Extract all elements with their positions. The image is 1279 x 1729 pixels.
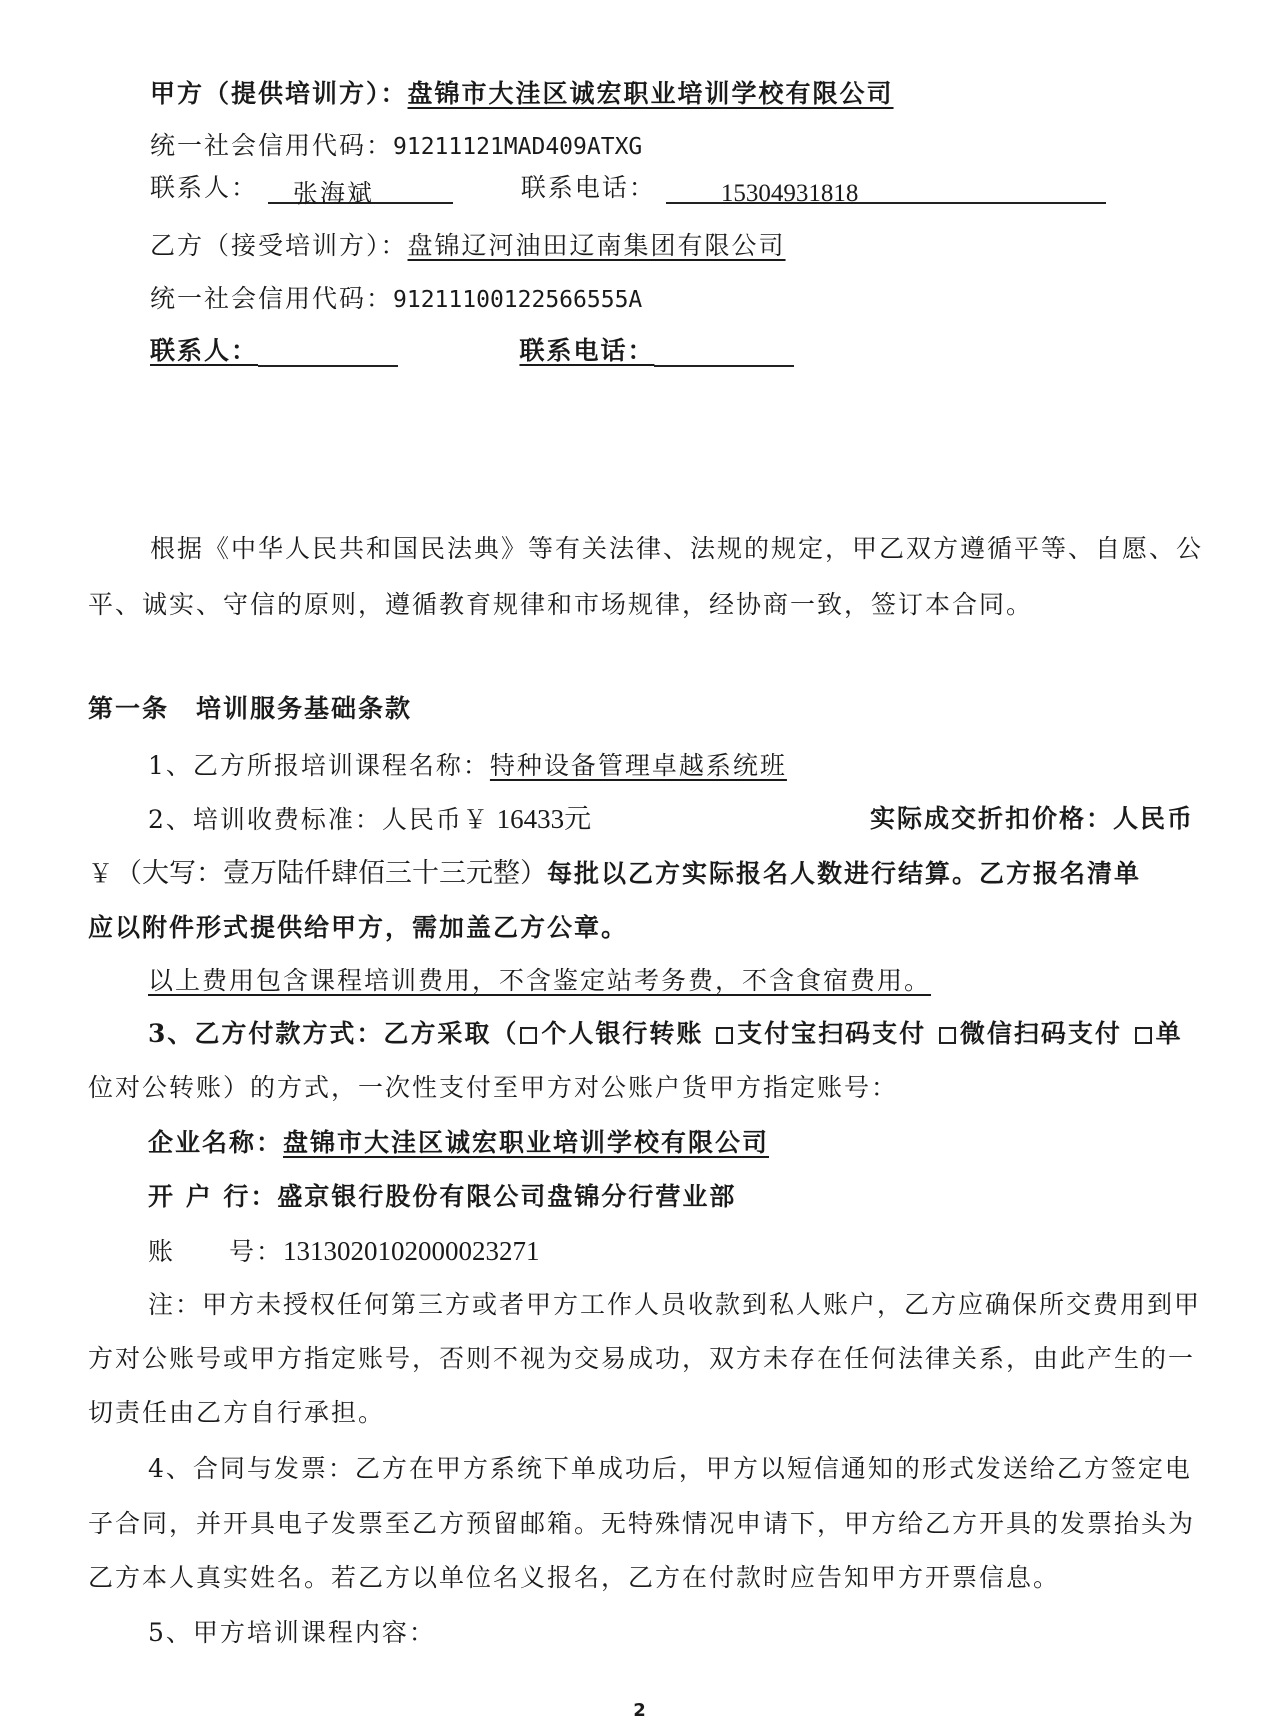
item-1-label: 1、乙方所报培训课程名称： xyxy=(148,751,490,780)
party-b-phone-label: 联系电话： xyxy=(519,336,654,365)
item-3-prefix: 3、乙方付款方式：乙方采取（ xyxy=(148,1019,518,1048)
checkbox-alipay[interactable] xyxy=(716,1027,733,1044)
item-4-line-2: 子合同，并开具电子发票至乙方预留邮箱。无特殊情况申请下，甲方给乙方开具的发票抬头… xyxy=(88,1508,1195,1540)
bank-label: 开 户 行： xyxy=(148,1182,277,1211)
account-row: 账 号：1313020102000023271 xyxy=(148,1235,540,1268)
party-a-credit-label: 统一社会信用代码： xyxy=(150,131,393,160)
party-b-contact-field xyxy=(258,339,398,367)
party-b-contact-row: 联系人： 联系电话： xyxy=(150,335,794,367)
party-a-phone-field: 15304931818 xyxy=(666,178,1106,204)
bank-value: 盛京银行股份有限公司盘锦分行营业部 xyxy=(277,1182,736,1211)
party-a-name: 盘锦市大洼区诚宏职业培训学校有限公司 xyxy=(408,79,894,108)
account-value: 1313020102000023271 xyxy=(283,1236,540,1266)
party-b-label: 乙方（接受培训方）： xyxy=(150,231,408,260)
party-b-phone-field xyxy=(654,339,794,367)
party-b-name: 盘锦辽河油田辽南集团有限公司 xyxy=(408,231,786,260)
fee-scope-note: 以上费用包含课程培训费用，不含鉴定站考务费，不含食宿费用。 xyxy=(148,965,931,997)
preamble-line-2: 平、诚实、守信的原则，遵循教育规律和市场规律，经协商一致，签订本合同。 xyxy=(88,589,1033,621)
checkbox-personal-transfer[interactable] xyxy=(520,1027,537,1044)
account-label: 账 号： xyxy=(148,1237,283,1266)
party-a-contact-row: 联系人： 张海斌 联系电话： 15304931818 xyxy=(150,172,1106,204)
yen-sign: ￥ xyxy=(88,859,115,888)
party-a-contact: 张海斌 xyxy=(293,179,374,208)
item-4-line-1: 4、合同与发票：乙方在甲方系统下单成功后，甲方以短信通知的形式发送给乙方签定电 xyxy=(148,1453,1192,1485)
item-5: 5、甲方培训课程内容： xyxy=(148,1617,436,1649)
item-2-row: 2、培训收费标准：人民币￥ 16433元 xyxy=(148,803,591,836)
preamble-line-1: 根据《中华人民共和国民法典》等有关法律、法规的规定，甲乙双方遵循平等、自愿、公 xyxy=(150,533,1203,565)
discount-price-label: 实际成交折扣价格：人民币 xyxy=(870,803,1194,835)
party-a-phone-label: 联系电话： xyxy=(521,173,656,202)
bank-row: 开 户 行：盛京银行股份有限公司盘锦分行营业部 xyxy=(148,1181,736,1213)
item-3-row: 3、乙方付款方式：乙方采取（个人银行转账 支付宝扫码支付 微信扫码支付 单 xyxy=(148,1018,1183,1050)
item-2-label: 2、培训收费标准：人民币￥ xyxy=(148,805,490,834)
party-b-credit-label: 统一社会信用代码： xyxy=(150,284,393,313)
option-alipay: 支付宝扫码支付 xyxy=(737,1019,926,1048)
item-2-line-3: 应以附件形式提供给甲方，需加盖乙方公章。 xyxy=(88,912,628,944)
party-b-credit-code: 91211100122566555A xyxy=(393,287,642,313)
checkbox-wechat[interactable] xyxy=(939,1027,956,1044)
party-a-contact-field: 张海斌 xyxy=(268,178,453,204)
company-value: 盘锦市大洼区诚宏职业培训学校有限公司 xyxy=(283,1128,769,1157)
party-a-label: 甲方（提供培训方）： xyxy=(150,79,408,108)
party-b-contact-label: 联系人： xyxy=(150,336,258,365)
note-line-1: 注：甲方未授权任何第三方或者甲方工作人员收款到私人账户，乙方应确保所交费用到甲 xyxy=(148,1289,1201,1321)
standard-price: 16433元 xyxy=(490,804,591,834)
note-line-2: 方对公账号或甲方指定账号，否则不视为交易成功，双方未存在任何法律关系，由此产生的… xyxy=(88,1343,1195,1375)
item-1-row: 1、乙方所报培训课程名称：特种设备管理卓越系统班 xyxy=(148,750,787,782)
party-a-contact-label: 联系人： xyxy=(150,173,258,202)
party-a-credit-code: 91211121MAD409ATXG xyxy=(393,134,642,160)
option-wechat: 微信扫码支付 xyxy=(960,1019,1122,1048)
company-label: 企业名称： xyxy=(148,1128,283,1157)
option-corporate-transfer: 单 xyxy=(1156,1019,1183,1048)
checkbox-corporate-transfer[interactable] xyxy=(1135,1027,1152,1044)
party-a-phone: 15304931818 xyxy=(721,180,859,207)
party-b-row: 乙方（接受培训方）：盘锦辽河油田辽南集团有限公司 xyxy=(150,230,786,262)
course-name: 特种设备管理卓越系统班 xyxy=(490,751,787,780)
company-row: 企业名称：盘锦市大洼区诚宏职业培训学校有限公司 xyxy=(148,1127,769,1159)
item-4-line-3: 乙方本人真实姓名。若乙方以单位名义报名，乙方在付款时应告知甲方开票信息。 xyxy=(88,1562,1060,1594)
party-b-credit-row: 统一社会信用代码：91211100122566555A xyxy=(150,283,642,316)
party-a-row: 甲方（提供培训方）：盘锦市大洼区诚宏职业培训学校有限公司 xyxy=(150,78,894,110)
article-1-title: 第一条 培训服务基础条款 xyxy=(88,693,412,725)
party-a-credit-row: 统一社会信用代码：91211121MAD409ATXG xyxy=(150,130,642,163)
settlement-text: 每批以乙方实际报名人数进行结算。乙方报名清单 xyxy=(547,859,1141,888)
option-personal-transfer: 个人银行转账 xyxy=(541,1019,703,1048)
item-3-line-2: 位对公转账）的方式，一次性支付至甲方对公账户货甲方指定账号： xyxy=(88,1072,898,1104)
page-number: 2 xyxy=(0,1700,1279,1721)
item-2-line-2: ￥（大写：壹万陆仟肆佰三十三元整）每批以乙方实际报名人数进行结算。乙方报名清单 xyxy=(88,857,1141,890)
amount-in-words: （大写：壹万陆仟肆佰三十三元整） xyxy=(115,858,547,888)
note-line-3: 切责任由乙方自行承担。 xyxy=(88,1397,385,1429)
